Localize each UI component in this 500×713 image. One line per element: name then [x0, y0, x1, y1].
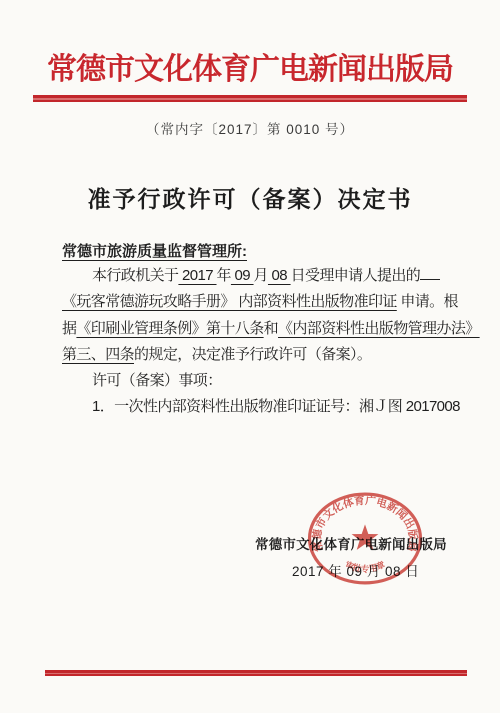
svg-text:常德市文化体育广电新闻出版局: 常德市文化体育广电新闻出版局: [310, 494, 420, 554]
filled-blank-year: 2017: [178, 267, 216, 284]
body-text: 申请。根: [397, 293, 458, 310]
svg-text:审批专用章: 审批专用章: [343, 558, 386, 574]
body-text: 和: [264, 320, 278, 337]
body-text: 本行政机关于: [92, 267, 178, 284]
body-line-6: 1．一次性内部资料性出版物准印证证号：湘Ｊ图 2017008: [62, 394, 452, 420]
body-line-5: 许可（备案）事项：: [62, 368, 452, 394]
body-line-1: 本行政机关于 2017 年 09 月 08 日受理申请人提出的: [62, 263, 452, 289]
body-text: 许可（备案）事项：: [92, 372, 222, 389]
cited-regulation-2: 《内部资料性出版物管理办法》: [278, 320, 480, 337]
filled-blank-day: 08: [268, 267, 291, 284]
footer-rule: [45, 670, 467, 676]
seal-bottom-text: 审批专用章: [343, 558, 386, 574]
document-title: 准予行政许可（备案）决定书: [0, 181, 500, 214]
body-line-4: 第三、四条的规定，决定准予行政许可（备案）。: [62, 342, 452, 368]
body-text: 月: [254, 267, 268, 284]
permit-number-text: 1．一次性内部资料性出版物准印证证号：湘Ｊ图 2017008: [92, 398, 460, 415]
body-paragraph: 本行政机关于 2017 年 09 月 08 日受理申请人提出的 《玩客常德游玩攻…: [62, 263, 452, 421]
letterhead-org-name: 常德市文化体育广电新闻出版局: [0, 44, 500, 88]
body-text: 年: [217, 267, 231, 284]
body-line-3: 据《印刷业管理条例》第十八条和《内部资料性出版物管理办法》: [62, 316, 452, 342]
body-text: 日受理申请人提出的: [291, 267, 421, 284]
letterhead-rule: [33, 95, 467, 102]
official-seal: 常德市文化体育广电新闻出版局 审批专用章: [306, 491, 424, 586]
seal-ring-text: 常德市文化体育广电新闻出版局: [310, 494, 420, 554]
document-page: 常德市文化体育广电新闻出版局 （常内字〔2017〕第 0010 号） 准予行政许…: [0, 0, 500, 713]
body-text: 的规定，决定准予行政许可（备案）。: [134, 346, 371, 363]
seal-star-icon: [352, 524, 379, 550]
trailing-blank-underline: [420, 264, 440, 280]
body-text: 据: [62, 320, 76, 337]
filled-blank-publication: 《玩客常德游玩攻略手册》 内部资料性出版物准印证: [62, 293, 397, 310]
cited-articles: 第三、四条: [62, 346, 134, 363]
document-number: （常内字〔2017〕第 0010 号）: [0, 118, 500, 138]
addressee: 常德市旅游质量监督管理所:: [62, 240, 247, 261]
body-line-2: 《玩客常德游玩攻略手册》 内部资料性出版物准印证 申请。根: [62, 289, 452, 315]
filled-blank-month: 09: [231, 267, 254, 284]
cited-regulation-1: 《印刷业管理条例》第十八条: [76, 320, 263, 337]
